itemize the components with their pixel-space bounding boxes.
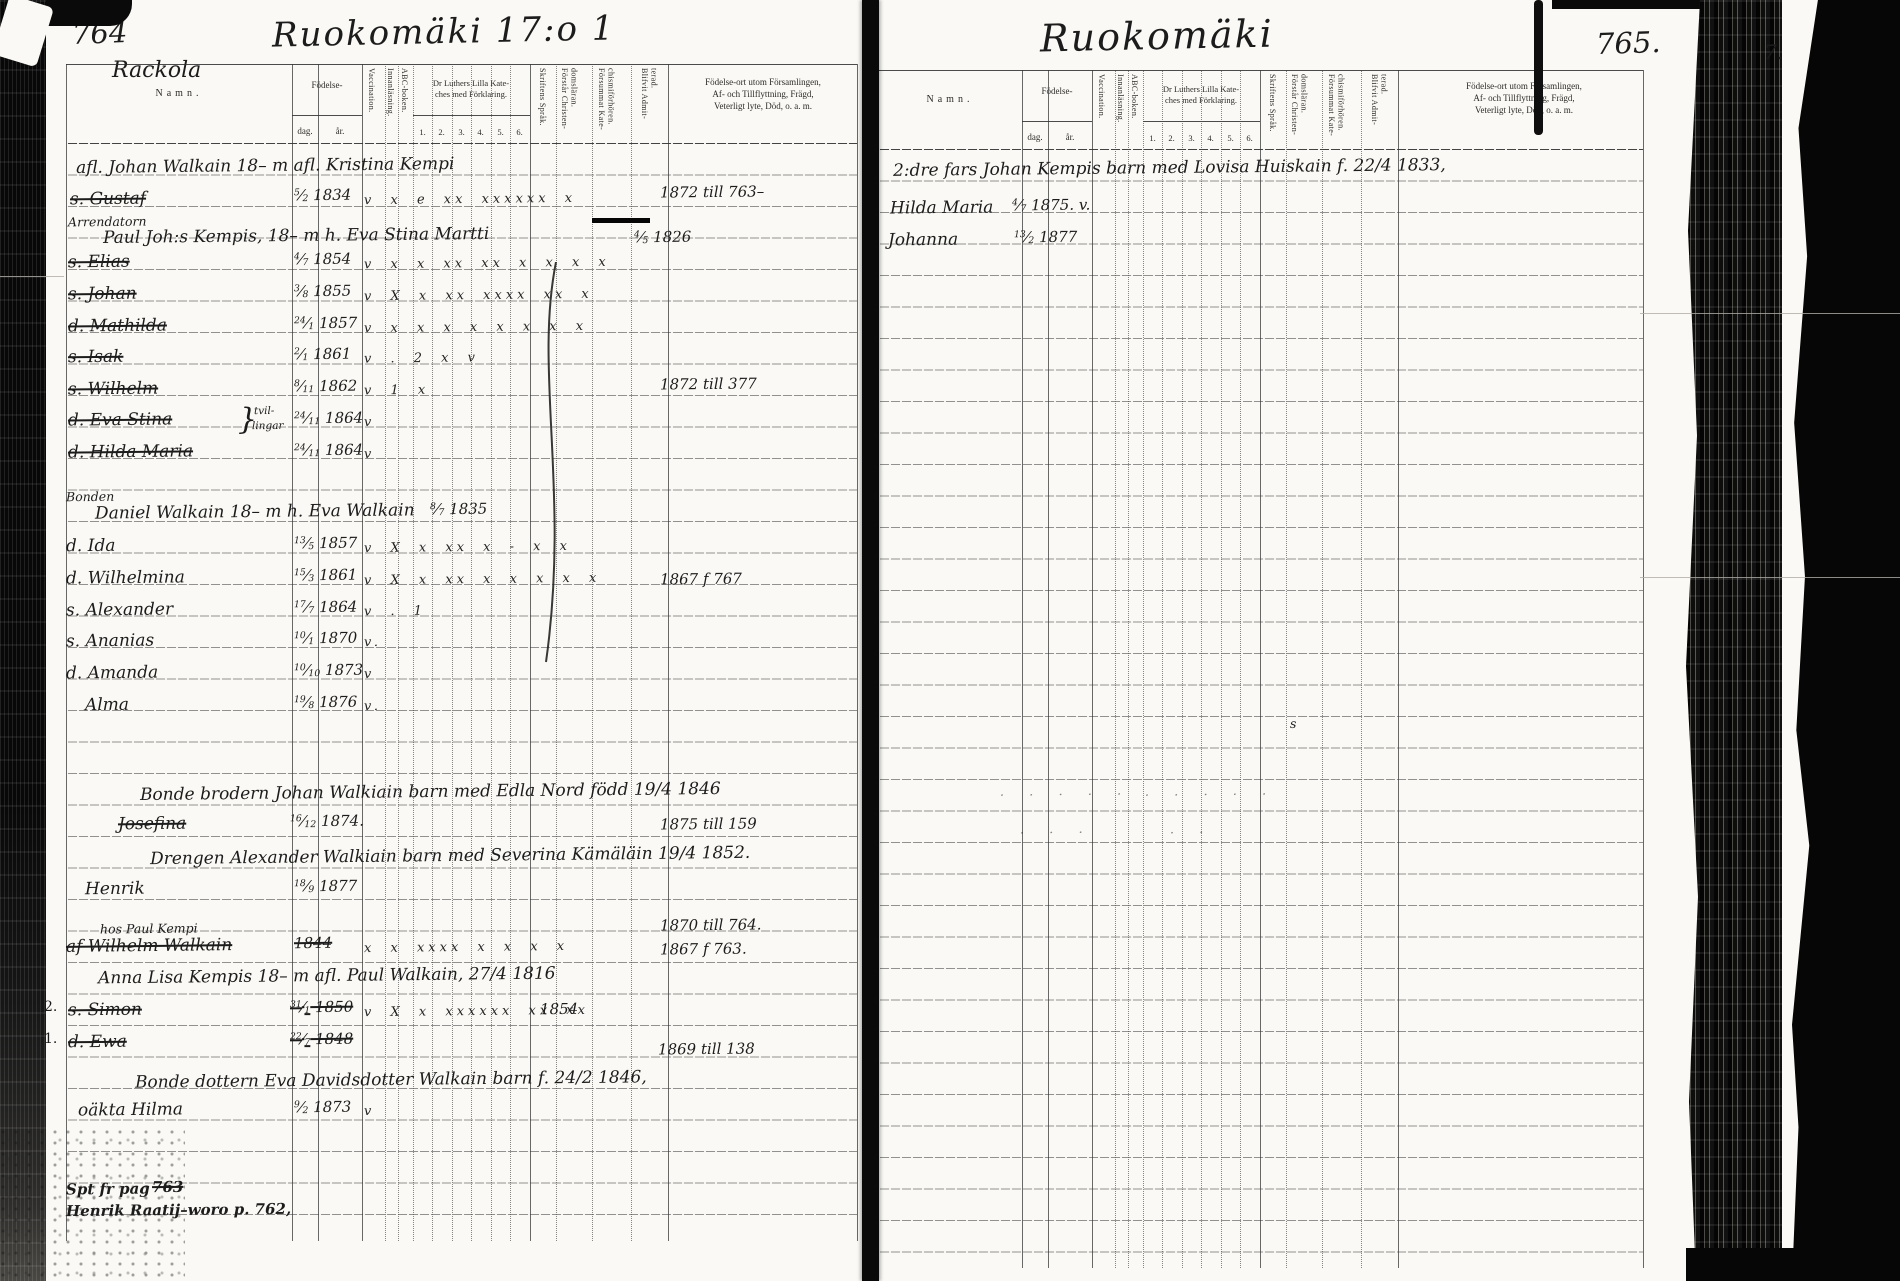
handwritten-entry: 22⁄7 1848 xyxy=(290,1030,353,1049)
handwritten-entry: · · xyxy=(1170,826,1211,841)
left-admitted-header: Blifvit Admit- terad. xyxy=(640,68,658,119)
column-line xyxy=(1128,70,1129,1268)
book-edge-bottom-right xyxy=(1686,1248,1900,1281)
handwritten-entry: oäkta Hilma xyxy=(78,1099,183,1120)
right-name-header: Namn. xyxy=(878,94,1022,105)
left-birth-day-header: dag. xyxy=(292,126,318,136)
handwritten-entry: 3⁄8 1855 xyxy=(294,282,351,301)
left-cat-col-1: 1. xyxy=(413,127,432,137)
handwritten-entry: v xyxy=(364,447,376,462)
right-cat-col-3: 3. xyxy=(1182,133,1201,143)
column-line xyxy=(1643,70,1644,1268)
scan-artifact-line xyxy=(1640,313,1900,314)
column-line xyxy=(857,64,858,1241)
handwritten-entry: Johanna xyxy=(888,230,958,251)
left-reading-header: Innanläsning. xyxy=(386,68,395,117)
handwritten-entry: 10⁄10 1873 xyxy=(294,661,363,680)
handwritten-entry: s. Elias xyxy=(68,252,130,273)
handwritten-entry: 4⁄7 1875. v. xyxy=(1012,196,1090,215)
table-rule xyxy=(1022,121,1092,122)
handwritten-entry: 4⁄5 1826 xyxy=(634,228,691,247)
table-rule xyxy=(292,115,362,116)
right-script-header: Skriftens Språk. xyxy=(1268,74,1277,132)
handwritten-entry: d. Ida xyxy=(66,536,116,557)
column-line xyxy=(1260,70,1261,1268)
scan-artifact-line xyxy=(1640,577,1900,578)
handwritten-entry: 8⁄7 1835 xyxy=(430,500,487,519)
table-rule xyxy=(66,64,857,65)
handwritten-entry: lingar xyxy=(252,420,284,432)
handwritten-entry: 1844 xyxy=(294,934,332,952)
right-cat-col-2: 2. xyxy=(1162,133,1181,143)
left-birth-year-header: år. xyxy=(318,126,362,136)
column-line xyxy=(1115,70,1116,1268)
handwritten-entry: hos Paul Kempi xyxy=(100,920,198,936)
right-birth-header: Födelse- xyxy=(1022,86,1092,96)
handwritten-entry: 31⁄1 1850 xyxy=(290,998,353,1017)
handwritten-entry: v 1 x xyxy=(364,383,429,399)
column-line xyxy=(530,64,531,1241)
column-line xyxy=(631,64,632,1241)
scan-noise-bottom-left xyxy=(0,1128,185,1281)
handwritten-entry: Hilda Maria xyxy=(890,197,994,218)
handwritten-entry: 1854 xyxy=(540,1000,578,1018)
handwritten-entry: Henrik xyxy=(85,879,145,900)
column-line xyxy=(592,64,593,1241)
handwritten-entry: · · · · · xyxy=(1145,787,1273,803)
edge-page-marker: 7. xyxy=(1764,40,1783,64)
handwritten-entry: 1872 till 377 xyxy=(660,374,757,393)
left-birth-header: Födelse- xyxy=(292,80,362,90)
left-script-header: Skriftens Språk. xyxy=(538,68,547,126)
handwritten-entry: 2. xyxy=(44,999,57,1015)
handwritten-entry: 19⁄8 1876 xyxy=(294,693,357,712)
handwritten-entry: d. Mathilda xyxy=(68,315,167,336)
right-understands-header: Förstår Christen- domsläran. xyxy=(1290,74,1308,135)
scan-artifact-line xyxy=(0,276,64,277)
left-vaccination-header: Vaccination. xyxy=(367,68,376,113)
handwritten-entry: s. Wilhelm xyxy=(68,379,158,400)
right-cat-col-1: 1. xyxy=(1143,133,1162,143)
handwritten-entry: d. Eva Stina xyxy=(68,409,172,430)
book-cover-right xyxy=(1792,0,1900,1281)
left-district-name: Rackola xyxy=(112,58,201,83)
handwritten-entry: 17⁄7 1864 xyxy=(294,598,357,617)
bold-strike-mark xyxy=(592,218,650,223)
handwritten-entry: tvil- xyxy=(254,405,275,417)
handwritten-entry: · · · · · xyxy=(1000,787,1128,803)
handwritten-entry: 5⁄2 1834 xyxy=(294,186,351,205)
left-name-header: Namn. xyxy=(66,88,292,99)
handwritten-entry: d. Wilhelmina xyxy=(66,567,185,588)
left-cat-col-4: 4. xyxy=(471,127,490,137)
handwritten-entry: 1. xyxy=(44,1031,57,1047)
handwritten-entry: 18⁄9 1877 xyxy=(294,877,357,896)
column-line xyxy=(1162,70,1163,1268)
right-cat-col-6: 6. xyxy=(1240,133,1259,143)
handwritten-entry: 9⁄2 1873 xyxy=(294,1098,351,1117)
left-cat-col-2: 2. xyxy=(432,127,451,137)
column-line xyxy=(1182,70,1183,1268)
handwritten-entry: v. xyxy=(364,699,382,714)
handwritten-entry: s xyxy=(1290,716,1297,731)
column-line xyxy=(1286,70,1287,1268)
handwritten-entry: 4⁄7 1854 xyxy=(294,250,351,269)
handwritten-entry: 2⁄1 1861 xyxy=(294,345,351,364)
left-missed-header: Försummat Kate- chismiförhören. xyxy=(597,68,615,130)
right-vaccination-header: Vaccination. xyxy=(1097,74,1106,119)
handwritten-entry: 1875 till 159 xyxy=(660,814,757,833)
handwritten-entry: Daniel Walkain 18– m h. Eva Walkain xyxy=(95,500,415,523)
book-gutter xyxy=(862,0,879,1281)
handwritten-entry: 13⁄2 1877 xyxy=(1014,228,1077,247)
left-page-title: Ruokomäki 17:o 1 xyxy=(272,8,616,55)
handwritten-entry: afl. Johan Walkain 18– m afl. Kristina K… xyxy=(76,154,455,178)
handwritten-entry: s. Isak xyxy=(68,347,124,368)
column-line xyxy=(510,64,511,1241)
right-birth-day-header: dag. xyxy=(1022,132,1048,142)
left-cat-col-3: 3. xyxy=(452,127,471,137)
right-birth-year-header: år. xyxy=(1048,132,1092,142)
handwritten-entry: d. Ewa xyxy=(68,1032,127,1053)
handwritten-entry: v . 2 x v xyxy=(364,350,479,366)
column-line xyxy=(1398,70,1399,1268)
handwritten-entry: d. Hilda Maria xyxy=(68,441,193,462)
column-line xyxy=(491,64,492,1241)
handwritten-entry: v x e xx xxxxxx x xyxy=(364,191,576,208)
right-page-title: Ruokomäki xyxy=(1040,12,1275,61)
handwritten-entry: · · · xyxy=(1020,826,1090,842)
ink-stroke-curve xyxy=(532,262,574,664)
handwritten-entry: 24⁄1 1857 xyxy=(294,314,357,333)
handwritten-entry: 13⁄5 1857 xyxy=(294,534,357,553)
right-missed-header: Försummat Kate- chismiförhören. xyxy=(1327,74,1345,136)
right-reading-header: Innanläsning. xyxy=(1116,74,1125,123)
column-line xyxy=(1361,70,1362,1268)
book-edge-left xyxy=(0,0,46,1281)
column-line xyxy=(1092,70,1093,1268)
column-line xyxy=(1322,70,1323,1268)
left-understands-header: Förstår Christen- domsläran. xyxy=(560,68,578,129)
handwritten-entry: Paul Joh:s Kempis, 18– m h. Eva Stina Ma… xyxy=(103,224,489,248)
handwritten-entry: s. Alexander xyxy=(66,599,173,620)
handwritten-entry: Alma xyxy=(85,695,129,715)
handwritten-entry: 1872 till 763– xyxy=(660,182,764,201)
left-cat-col-5: 5. xyxy=(491,127,510,137)
column-line xyxy=(1221,70,1222,1268)
right-cat-col-4: 4. xyxy=(1201,133,1220,143)
handwritten-entry: 10⁄1 1870 xyxy=(294,629,357,648)
handwritten-entry: 8⁄11 1862 xyxy=(294,377,357,396)
column-line xyxy=(66,64,67,1241)
column-line xyxy=(1048,70,1049,1268)
handwritten-entry: v . 1 xyxy=(364,604,426,620)
handwritten-entry: s. Simon xyxy=(68,1000,142,1021)
handwritten-entry: 24⁄11 1864 xyxy=(294,409,363,428)
handwritten-entry: x x xxxx x x x x xyxy=(364,939,568,956)
handwritten-entry: Bonden xyxy=(66,489,114,505)
ink-streak xyxy=(1534,0,1543,135)
handwritten-entry: v xyxy=(364,667,376,682)
scanned-parish-register-spread: 764 Ruokomäki 17:o 1 Rackola Namn. Födel… xyxy=(0,0,1900,1281)
handwritten-entry: 1867 f 767 xyxy=(660,570,742,589)
page-edges-right xyxy=(1686,0,1782,1281)
handwritten-entry: 16⁄12 1874. xyxy=(290,812,364,831)
right-notes-header: Födelse-ort utom Församlingen, Af- och T… xyxy=(1408,80,1640,116)
handwritten-entry: 15⁄3 1861 xyxy=(294,566,357,585)
right-page-number: 765. xyxy=(1595,25,1661,61)
handwritten-entry: s. Johan xyxy=(68,284,137,305)
handwritten-entry: s. Gustaf xyxy=(70,189,146,210)
handwritten-entry: af Wilhelm Walkain xyxy=(66,935,232,957)
handwritten-entry: 1870 till 764. xyxy=(660,915,762,934)
handwritten-entry: Josefina xyxy=(118,814,186,835)
left-cat-col-6: 6. xyxy=(510,127,529,137)
handwritten-entry: s. Ananias xyxy=(66,631,154,652)
right-admitted-header: Blifvit Admit- terad. xyxy=(1370,74,1388,125)
handwritten-entry: v xyxy=(364,1104,376,1119)
handwritten-entry: v xyxy=(364,415,376,430)
column-line xyxy=(1022,70,1023,1268)
left-notes-header: Födelse-ort utom Församlingen, Af- och T… xyxy=(672,76,854,112)
scan-edge-top-right xyxy=(1552,0,1712,9)
handwritten-entry: 1867 f 763. xyxy=(660,940,747,959)
column-line xyxy=(1143,70,1144,1268)
column-line xyxy=(1201,70,1202,1268)
handwritten-entry: 1869 till 138 xyxy=(658,1039,755,1058)
right-cat-col-5: 5. xyxy=(1221,133,1240,143)
handwritten-entry: 24⁄11 1864 xyxy=(294,441,363,460)
column-line xyxy=(1240,70,1241,1268)
handwritten-entry: d. Amanda xyxy=(66,663,158,684)
handwritten-entry: v. xyxy=(364,635,382,650)
